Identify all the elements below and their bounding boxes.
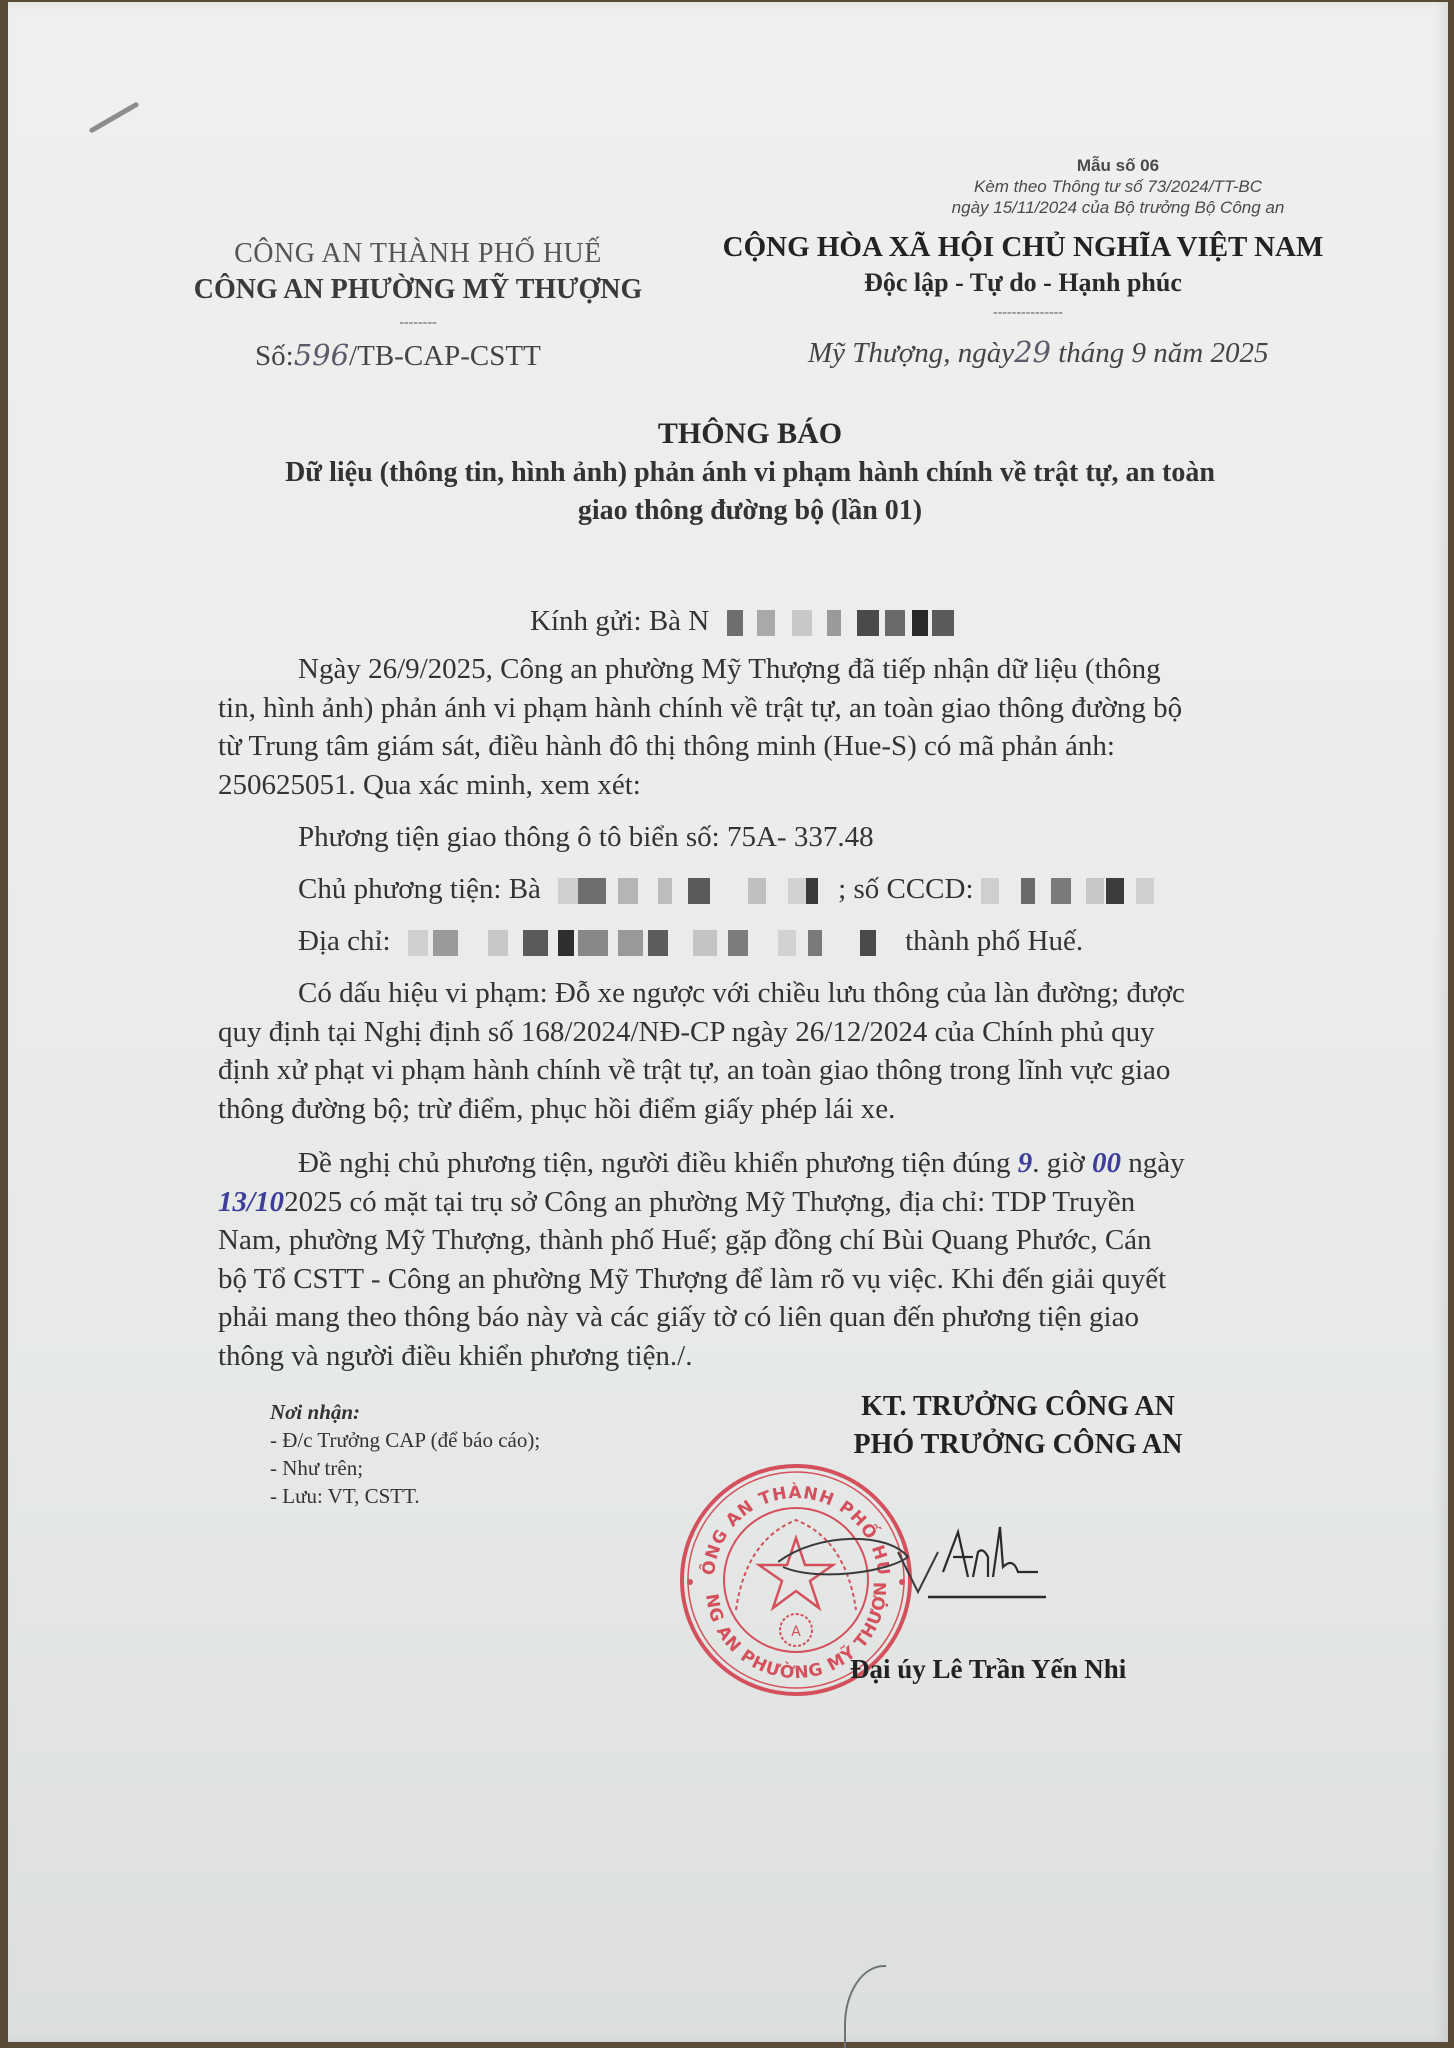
paragraph-violation: Có dấu hiệu vi phạm: Đỗ xe ngược với chi… bbox=[218, 974, 1328, 1128]
salutation: Kính gửi: Bà N bbox=[530, 602, 967, 641]
appointment-hour-handwritten: 9 bbox=[1018, 1147, 1033, 1179]
agency-separator: -------- bbox=[158, 314, 678, 332]
date-day-handwritten: 29 bbox=[1014, 335, 1051, 369]
paragraph-request: Đề nghị chủ phương tiện, người điều khiể… bbox=[218, 1144, 1328, 1375]
address-city: thành phố Huế. bbox=[905, 925, 1083, 957]
id-label: ; số CCCD: bbox=[838, 873, 973, 905]
body-line: từ Trung tâm giám sát, điều hành đô thị … bbox=[218, 727, 1328, 766]
vehicle-plate-line: Phương tiện giao thông ô tô biển số: 75A… bbox=[298, 818, 874, 857]
svg-text:A: A bbox=[791, 1624, 801, 1640]
nation-name: CỘNG HÒA XÃ HỘI CHỦ NGHĨA VIỆT NAM bbox=[688, 228, 1358, 266]
nation-separator: --------------- bbox=[698, 304, 1358, 322]
recipients-block: Nơi nhận: - Đ/c Trưởng CAP (để báo cáo);… bbox=[270, 1398, 540, 1510]
redacted-address bbox=[398, 930, 898, 956]
redacted-id-number bbox=[981, 878, 1171, 904]
plate-number: 75A- 337.48 bbox=[727, 821, 874, 853]
doc-no-suffix: /TB-CAP-CSTT bbox=[349, 340, 541, 372]
handwritten-signature-icon bbox=[778, 1512, 1068, 1622]
body-line: bộ Tổ CSTT - Công an phường Mỹ Thượng để… bbox=[218, 1260, 1328, 1299]
request-text: Đề nghị chủ phương tiện, người điều khiể… bbox=[298, 1147, 1018, 1179]
pen-mark bbox=[89, 101, 140, 133]
notice-title: THÔNG BÁO Dữ liệu (thông tin, hình ảnh) … bbox=[0, 414, 1454, 530]
pen-stroke-mark bbox=[844, 1965, 886, 2048]
recipient-item: - Như trên; bbox=[270, 1454, 540, 1482]
agency-parent: CÔNG AN THÀNH PHỐ HUẾ bbox=[158, 236, 678, 272]
recipient-item: - Đ/c Trưởng CAP (để báo cáo); bbox=[270, 1426, 540, 1454]
address-line: Địa chỉ: thành phố Huế. bbox=[298, 922, 1083, 961]
request-text: . giờ bbox=[1032, 1147, 1092, 1179]
notice-subtitle-line2: giao thông đường bộ (lần 01) bbox=[0, 492, 1454, 530]
vehicle-label: Phương tiện giao thông ô tô biển số: bbox=[298, 821, 720, 853]
doc-no-handwritten: 596 bbox=[294, 338, 349, 372]
paragraph-intro: Ngày 26/9/2025, Công an phường Mỹ Thượng… bbox=[218, 650, 1328, 804]
form-attached-to: Kèm theo Thông tư số 73/2024/TT-BC bbox=[878, 176, 1358, 197]
document-page: Mẫu số 06 Kèm theo Thông tư số 73/2024/T… bbox=[8, 2, 1448, 2042]
signature-title-line1: KT. TRƯỞNG CÔNG AN bbox=[778, 1388, 1258, 1426]
owner-label: Chủ phương tiện: Bà bbox=[298, 873, 541, 905]
body-line: Nam, phường Mỹ Thượng, thành phố Huế; gặ… bbox=[218, 1221, 1328, 1260]
body-line: thông và người điều khiển phương tiện./. bbox=[218, 1337, 1328, 1376]
form-issued-by: ngày 15/11/2024 của Bộ trưởng Bộ Công an bbox=[878, 197, 1358, 218]
body-line: thông đường bộ; trừ điểm, phục hồi điểm … bbox=[218, 1090, 1328, 1129]
document-number: Số:596/TB-CAP-CSTT bbox=[255, 338, 541, 373]
date-suffix: tháng 9 năm 2025 bbox=[1051, 337, 1269, 369]
nation-header: CỘNG HÒA XÃ HỘI CHỦ NGHĨA VIỆT NAM Độc l… bbox=[688, 228, 1358, 322]
agency-name: CÔNG AN PHƯỜNG MỸ THƯỢNG bbox=[158, 272, 678, 308]
nation-motto: Độc lập - Tự do - Hạnh phúc bbox=[688, 266, 1358, 300]
appointment-minute-handwritten: 00 bbox=[1092, 1147, 1121, 1179]
recipient-item: - Lưu: VT, CSTT. bbox=[270, 1482, 540, 1510]
doc-no-prefix: Số: bbox=[255, 340, 294, 372]
request-text: 2025 có mặt tại trụ sở Công an phường Mỹ… bbox=[284, 1186, 1135, 1218]
body-line: Có dấu hiệu vi phạm: Đỗ xe ngược với chi… bbox=[218, 974, 1328, 1013]
vehicle-owner-line: Chủ phương tiện: Bà ; số CCCD: bbox=[298, 870, 1171, 909]
address-label: Địa chỉ: bbox=[298, 925, 391, 957]
appointment-date-handwritten: 13/10 bbox=[218, 1186, 284, 1218]
date-line: Mỹ Thượng, ngày29 tháng 9 năm 2025 bbox=[808, 335, 1268, 370]
redacted-owner-name bbox=[548, 878, 838, 904]
form-reference: Mẫu số 06 Kèm theo Thông tư số 73/2024/T… bbox=[878, 155, 1358, 218]
body-line: Đề nghị chủ phương tiện, người điều khiể… bbox=[218, 1144, 1328, 1183]
signature-title-line2: PHÓ TRƯỞNG CÔNG AN bbox=[778, 1426, 1258, 1464]
notice-heading: THÔNG BÁO bbox=[0, 414, 1454, 454]
body-line: định xử phạt vi phạm hành chính về trật … bbox=[218, 1051, 1328, 1090]
date-prefix: Mỹ Thượng, ngày bbox=[808, 337, 1014, 369]
form-number: Mẫu số 06 bbox=[878, 155, 1358, 176]
body-line: tin, hình ảnh) phản ánh vi phạm hành chí… bbox=[218, 689, 1328, 728]
notice-subtitle-line1: Dữ liệu (thông tin, hình ảnh) phản ánh v… bbox=[0, 454, 1454, 492]
body-line: quy định tại Nghị định số 168/2024/NĐ-CP… bbox=[218, 1013, 1328, 1052]
recipients-heading: Nơi nhận: bbox=[270, 1398, 540, 1426]
agency-header: CÔNG AN THÀNH PHỐ HUẾ CÔNG AN PHƯỜNG MỸ … bbox=[158, 236, 678, 332]
signature-title: KT. TRƯỞNG CÔNG AN PHÓ TRƯỞNG CÔNG AN bbox=[778, 1388, 1258, 1464]
redacted-recipient-name bbox=[717, 610, 967, 636]
body-line: 13/102025 có mặt tại trụ sở Công an phườ… bbox=[218, 1183, 1328, 1222]
salutation-label: Kính gửi: Bà N bbox=[530, 605, 709, 637]
body-line: Ngày 26/9/2025, Công an phường Mỹ Thượng… bbox=[218, 650, 1328, 689]
body-line: phải mang theo thông báo này và các giấy… bbox=[218, 1298, 1328, 1337]
signer-name: Đại úy Lê Trần Yến Nhi bbox=[850, 1654, 1126, 1685]
body-line: 250625051. Qua xác minh, xem xét: bbox=[218, 766, 1328, 805]
request-text: ngày bbox=[1121, 1147, 1185, 1179]
